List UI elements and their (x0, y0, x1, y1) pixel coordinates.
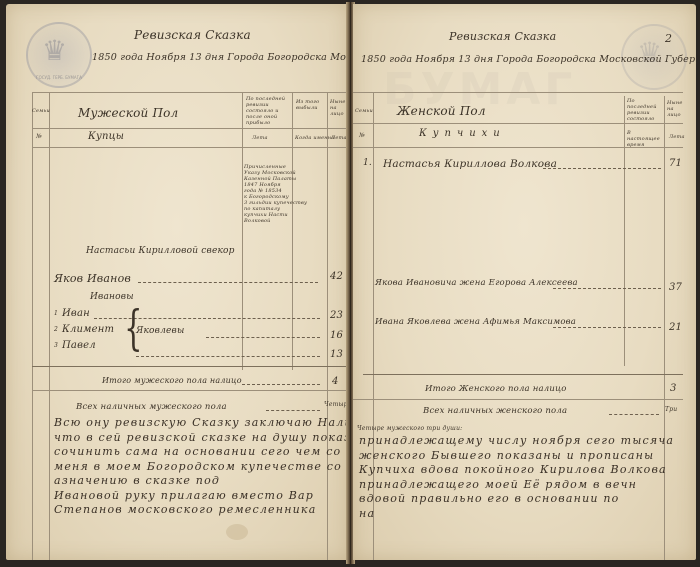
row-name: Якова Ивановича жена Егорова Алексеева (375, 278, 578, 288)
right-page-subtitle: 1850 года Ноября 13 дня Города Богородск… (361, 54, 696, 65)
right-page-title: Ревизская Сказка (449, 30, 556, 43)
seal-text: ГОСУД. ГЕРБ. БУМАГА (34, 75, 84, 80)
header-female-sex: Женской Пол (397, 104, 486, 118)
header-family-number: Семьи (355, 108, 373, 114)
closing-line: Всю ону ревизскую Сказку заключаю Наличн… (54, 416, 348, 431)
closing-line: Степанов московского ремесленника (54, 503, 348, 518)
imperial-seal-stamp: ♛ ГОСУД. ГЕРБ. БУМАГА (26, 22, 92, 88)
header-previous-revision: По последней ревизии состояло и после он… (246, 96, 290, 126)
header-male-sex: Мужеской Пол (78, 106, 178, 120)
row-age: 16 (330, 330, 343, 341)
row2-when-label: Когда именно (295, 135, 334, 141)
male-total-label: Всех наличных мужеского пола (76, 402, 227, 412)
row-name: Павел (62, 340, 96, 351)
note-line: Волковой (244, 218, 292, 224)
header-present-now: Ныне на лицо (667, 100, 685, 118)
male-total-value: Четыре (324, 401, 348, 408)
row-age: 21 (669, 322, 682, 333)
left-closing-statement: Всю ону ревизскую Сказку заключаю Наличн… (54, 416, 348, 518)
family-heading: Настасьи Кирилловой свекор (86, 246, 235, 256)
row-index: 3 (54, 342, 58, 349)
row2-merchants-label: Купцы (88, 131, 124, 142)
left-page-title: Ревизская Сказка (134, 28, 251, 42)
left-page-subtitle: 1850 года Ноября 13 дня Города Богородск… (92, 52, 348, 63)
row-name: Яков Иванов (54, 272, 131, 285)
row-index: 1. (363, 160, 372, 167)
closing-caption: Четыре мужеского три души: (357, 426, 462, 432)
row2-current-label: В настоящее время (627, 130, 663, 148)
left-page: ♛ ГОСУД. ГЕРБ. БУМАГА Ревизская Сказка 1… (6, 4, 348, 560)
closing-line: Купчиха вдова покойного Кирилова Волкова (359, 463, 674, 478)
closing-line: принадлежащему числу ноября сего тысяча (359, 434, 674, 449)
row-name: Иван (62, 308, 90, 319)
double-headed-eagle-icon: ♛ (42, 34, 67, 67)
closing-line: меня в моем Богородском купечестве со (54, 460, 348, 475)
row-age: 71 (669, 158, 682, 169)
row-index: 2 (54, 326, 58, 333)
ink-stain (226, 524, 248, 540)
header-family-number: Семьи (32, 108, 50, 114)
page-number: 2 (665, 32, 672, 45)
registration-note: Причисленные Указу Московской Казенной П… (244, 164, 292, 224)
row2-years-label: Лета (669, 134, 685, 140)
closing-line: вдовой правильно его в основании по (359, 492, 674, 507)
row2-merchant-women-label: Купчихи (419, 128, 506, 139)
right-page: БУМАГ ♛ 2 Ревизская Сказка 1850 года Ноя… (353, 4, 696, 560)
row-age: 37 (669, 282, 682, 293)
closing-line: что в сей ревизской сказке на душу показ… (54, 431, 348, 446)
brace-label: Яковлевы (136, 326, 185, 336)
header-previous-revision: По последней ревизии состояло (627, 98, 663, 122)
female-total-value: Три (665, 406, 677, 413)
closing-line: сочинить сама на основании сего чем со (54, 445, 348, 460)
closing-line: на (359, 507, 674, 522)
female-subtotal-label: Итого Женского пола налицо (425, 384, 567, 394)
closing-line: Ивановой руку прилагаю вместо Вар (54, 489, 348, 504)
row-name: Климент (62, 324, 114, 335)
closing-line: азначению в сказке под (54, 474, 348, 489)
male-subtotal-label: Итого мужеского пола налицо (102, 376, 242, 385)
row-index: 1 (54, 310, 58, 317)
closing-line: женского Бывшего показаны и прописаны (359, 449, 674, 464)
row-age: 13 (330, 349, 343, 360)
female-subtotal-value: 3 (670, 383, 677, 394)
male-subtotal-value: 4 (332, 376, 339, 387)
row2-years-now-label: Лета (331, 135, 347, 141)
female-total-label: Всех наличных женского пола (423, 406, 567, 416)
header-departed: Из того выбыли (296, 99, 324, 111)
row-age: 23 (330, 310, 343, 321)
row2-years-label: Лета (252, 135, 268, 141)
row2-number-label: № (36, 133, 42, 140)
closing-line: принадлежащего моей Её рядом в вечн (359, 478, 674, 493)
row-age: 42 (330, 271, 343, 282)
right-closing-statement: принадлежащему числу ноября сего тысяча … (359, 434, 674, 521)
row2-number-label: № (359, 132, 365, 139)
row-name: Настасья Кириллова Волкова (383, 158, 557, 170)
row-name: Ивана Яковлева жена Афимья Максимова (375, 317, 576, 327)
